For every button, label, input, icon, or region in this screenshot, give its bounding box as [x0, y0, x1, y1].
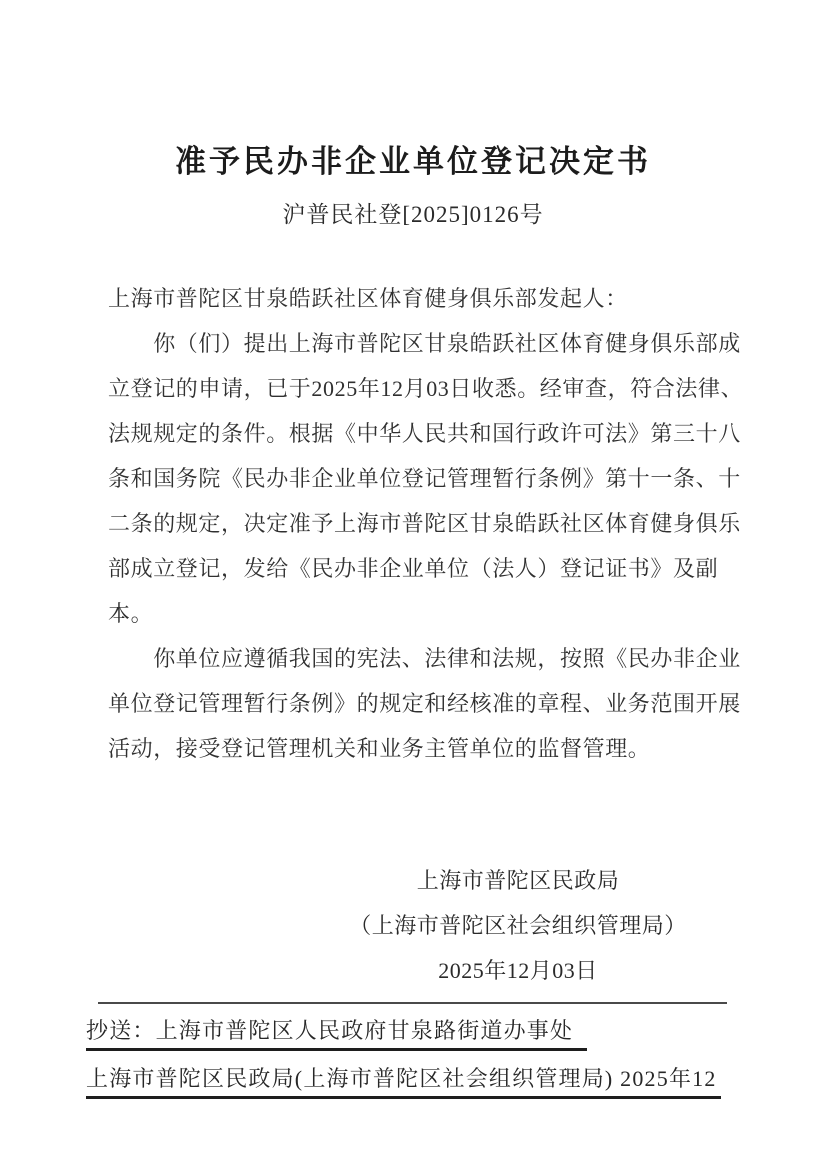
- document-body: 上海市普陀区甘泉皓跃社区体育健身俱乐部发起人： 你（们）提出上海市普陀区甘泉皓跃…: [108, 276, 748, 771]
- body-line: 条和国务院《民办非企业单位登记管理暂行条例》第十一条、十: [108, 456, 748, 501]
- body-line: 活动，接受登记管理机关和业务主管单位的监督管理。: [108, 726, 748, 771]
- body-line: 单位登记管理暂行条例》的规定和经核准的章程、业务范围开展: [108, 681, 748, 726]
- body-line: 你单位应遵循我国的宪法、法律和法规，按照《民办非企业: [108, 636, 748, 681]
- body-line: 本。: [108, 591, 748, 636]
- body-line: 法规规定的条件。根据《中华人民共和国行政许可法》第三十八: [108, 411, 748, 456]
- signature-block: 上海市普陀区民政局 （上海市普陀区社会组织管理局） 2025年12月03日: [318, 858, 718, 993]
- body-line: 二条的规定，决定准予上海市普陀区甘泉皓跃社区体育健身俱乐: [108, 501, 748, 546]
- signature-org-alt: （上海市普陀区社会组织管理局）: [318, 903, 718, 948]
- signature-org: 上海市普陀区民政局: [318, 858, 718, 903]
- body-line: 你（们）提出上海市普陀区甘泉皓跃社区体育健身俱乐部成: [108, 321, 748, 366]
- signature-date: 2025年12月03日: [318, 948, 718, 993]
- document-number: 沪普民社登[2025]0126号: [0, 196, 826, 229]
- salutation-line: 上海市普陀区甘泉皓跃社区体育健身俱乐部发起人：: [108, 276, 748, 321]
- document-title: 准予民办非企业单位登记决定书: [0, 136, 826, 181]
- footer-cc-text: 抄送：上海市普陀区人民政府甘泉路街道办事处: [86, 1014, 587, 1051]
- footer-issuer-text: 上海市普陀区民政局(上海市普陀区社会组织管理局) 2025年12: [86, 1062, 721, 1099]
- document-page: 准予民办非企业单位登记决定书 沪普民社登[2025]0126号 上海市普陀区甘泉…: [0, 0, 826, 1168]
- footer-cc-line: 抄送：上海市普陀区人民政府甘泉路街道办事处: [86, 1014, 587, 1051]
- footer-issuer-line: 上海市普陀区民政局(上海市普陀区社会组织管理局) 2025年12: [86, 1062, 721, 1099]
- footer-divider-rule: [98, 1002, 727, 1004]
- body-line: 立登记的申请，已于2025年12月03日收悉。经审查，符合法律、: [108, 366, 748, 411]
- body-line: 部成立登记，发给《民办非企业单位（法人）登记证书》及副: [108, 546, 748, 591]
